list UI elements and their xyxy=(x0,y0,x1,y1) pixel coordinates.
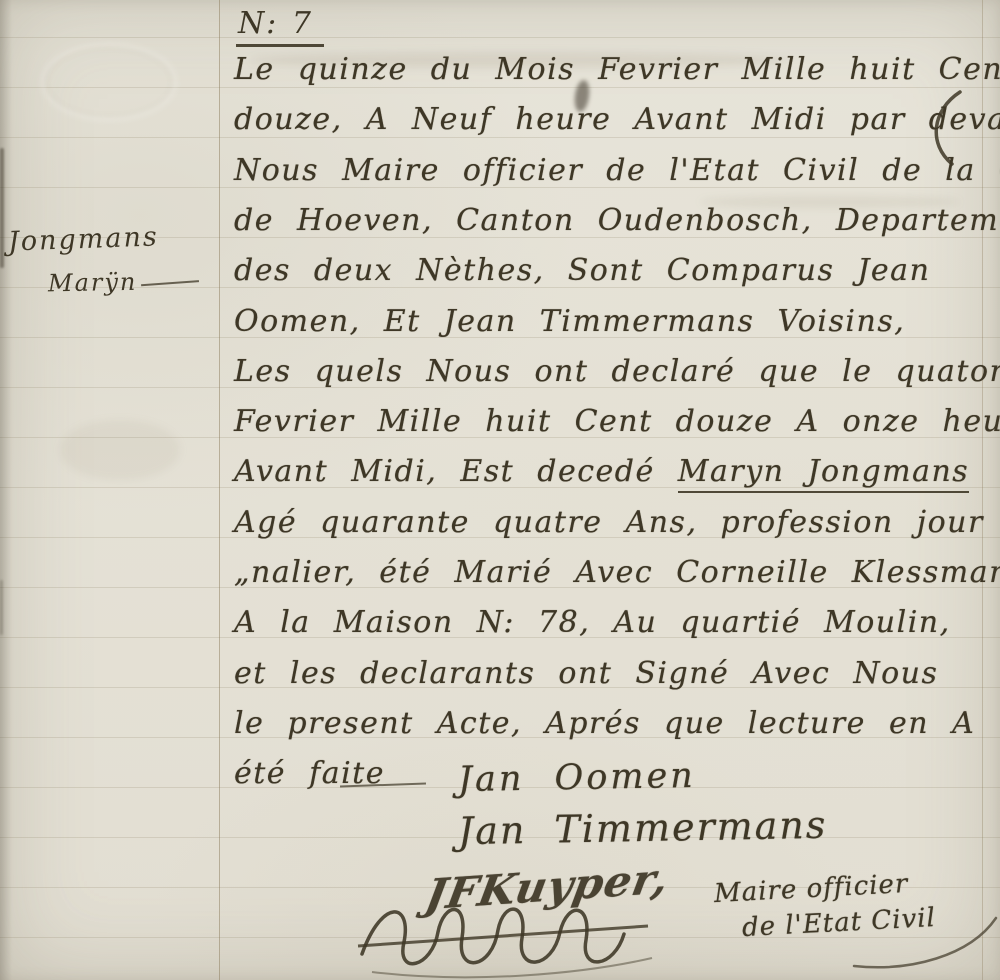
document-scan: Jongmans Marÿn N: 7 Le quinze du Mois Fe… xyxy=(0,0,1000,980)
line-text: douze, A Neuf heure Avant Midi par devan… xyxy=(234,102,1000,137)
line-text: de Hoeven, Canton Oudenbosch, Departemen… xyxy=(234,203,1000,238)
witness-signature-jan-timmermans: Jan Timmermans xyxy=(458,803,828,853)
document-line: Agé quarante quatre Ans, profession jour xyxy=(234,503,984,543)
line-text: Oomen, Et Jean Timmermans Voisins, xyxy=(234,304,905,339)
document-line: Oomen, Et Jean Timmermans Voisins, xyxy=(234,302,905,342)
document-line: Fevrier Mille huit Cent douze A onze heu… xyxy=(234,402,1000,442)
line-text: A la Maison N: 78, Au quartié Moulin, xyxy=(234,605,951,640)
document-line: le present Acte, Aprés que lecture en A xyxy=(234,704,975,744)
line-text: Avant Midi, Est decedé xyxy=(234,454,678,489)
document-line: „nalier, été Marié Avec Corneille Klessm… xyxy=(234,553,1000,593)
line-text: „nalier, été Marié Avec Corneille Klessm… xyxy=(234,555,1000,590)
document-line: Le quinze du Mois Fevrier Mille huit Cen… xyxy=(234,50,1000,90)
line-text: Fevrier Mille huit Cent douze A onze heu… xyxy=(234,404,1000,439)
line-text: des deux Nèthes, Sont Comparus Jean xyxy=(234,253,930,288)
mayor-signature-flourish xyxy=(352,888,712,978)
document-line: Nous Maire officier de l'Etat Civil de l… xyxy=(234,151,1000,191)
document-line: et les declarants ont Signé Avec Nous xyxy=(234,654,938,694)
witness-signature-jan-oomen: Jan Oomen xyxy=(458,756,696,800)
document-line: des deux Nèthes, Sont Comparus Jean xyxy=(234,251,930,291)
line-text: Nous Maire officier de l'Etat Civil de l… xyxy=(234,153,1000,188)
document-line: de Hoeven, Canton Oudenbosch, Departemen… xyxy=(234,201,1000,241)
line-text: Agé quarante quatre Ans, profession jour xyxy=(234,505,984,540)
ink-swash-bottom xyxy=(850,912,1000,980)
document-line: douze, A Neuf heure Avant Midi par devan… xyxy=(234,100,1000,140)
document-line: été faite xyxy=(234,754,385,794)
document-line: Avant Midi, Est decedé Maryn Jongmans xyxy=(234,452,969,492)
line-text: Les quels Nous ont declaré que le quator… xyxy=(234,354,1000,389)
line-text: le present Acte, Aprés que lecture en A xyxy=(234,706,975,741)
deceased-name-underlined: Maryn Jongmans xyxy=(678,454,969,493)
line-text: et les declarants ont Signé Avec Nous xyxy=(234,656,938,691)
document-line: Les quels Nous ont declaré que le quator… xyxy=(234,352,1000,392)
line-text: Le quinze du Mois Fevrier Mille huit Cen… xyxy=(234,52,1000,87)
document-line: A la Maison N: 78, Au quartié Moulin, xyxy=(234,603,951,643)
